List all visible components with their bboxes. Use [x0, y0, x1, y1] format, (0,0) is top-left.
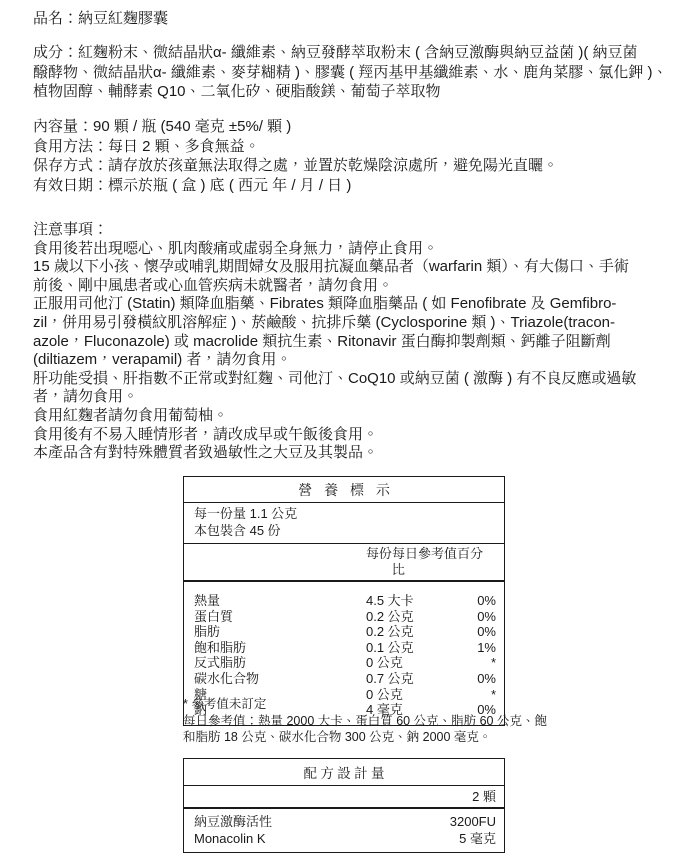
nutrition-row: 飽和脂肪 0.1 公克 1%	[194, 640, 496, 656]
nutrient-name: 脂肪	[194, 624, 366, 640]
nutrient-daily-value: 0%	[436, 593, 496, 609]
nutrient-name: 熱量	[194, 593, 366, 609]
expiry-line: 有效日期：標示於瓶 ( 盒 ) 底 ( 西元 年 / 月 / 日 )	[33, 176, 653, 196]
ingredients-line: 成分：紅麴粉末、微結晶狀α- 纖維素、納豆發酵萃取粉末 ( 含納豆激酶與納豆益菌…	[33, 43, 653, 63]
precaution-line: 食用紅麴者請勿食用葡萄柚。	[33, 407, 659, 426]
precaution-line: 食用後有不易入睡情形者，請改成早或午飯後食用。	[33, 426, 659, 445]
product-info-block: 內容量：90 顆 / 瓶 (540 毫克 ±5%/ 顆 ) 食用方法：每日 2 …	[33, 117, 653, 195]
precaution-line: 正服用司他汀 (Statin) 類降血脂藥、Fibrates 類降血脂藥品 ( …	[33, 295, 659, 314]
precaution-line: 15 歲以下小孩、懷孕或哺乳期間婦女及服用抗凝血藥品者（warfarin 類）、…	[33, 258, 659, 277]
precaution-line: 者，請勿食用。	[33, 388, 659, 407]
nutrient-name: 反式脂肪	[194, 655, 366, 671]
storage-line: 保存方式：請存放於孩童無法取得之處，並置於乾燥陰涼處所，避免陽光直曬。	[33, 156, 653, 176]
product-label-document: 品名：納豆紅麴膠囊 成分：紅麴粉末、微結晶狀α- 纖維素、納豆發酵萃取粉末 ( …	[0, 0, 680, 857]
precaution-line: 本產品含有對特殊體質者致過敏性之大豆及其製品。	[33, 444, 659, 463]
nutrient-amount: 0 公克	[366, 655, 436, 671]
nutrition-table-title: 營養標示	[184, 477, 504, 503]
formula-item-name: Monacolin K	[194, 830, 459, 847]
nutrient-name: 飽和脂肪	[194, 640, 366, 656]
formula-rows: 納豆激酶活性 3200FU Monacolin K 5 毫克	[184, 809, 504, 852]
formula-item-value: 3200FU	[450, 813, 496, 830]
nutrition-row: 碳水化合物 0.7 公克 0%	[194, 671, 496, 687]
formula-row: Monacolin K 5 毫克	[194, 830, 496, 847]
nutrient-amount: 0.7 公克	[366, 671, 436, 687]
precautions-block: 注意事項： 食用後若出現噁心、肌肉酸痛或虛弱全身無力，請停止食用。 15 歲以下…	[33, 221, 659, 463]
precaution-line: 食用後若出現噁心、肌肉酸痛或虛弱全身無力，請停止食用。	[33, 240, 659, 259]
formula-item-value: 5 毫克	[459, 830, 496, 847]
servings-per-pack: 本包裝含 45 份	[194, 523, 496, 540]
formula-dose: 2 顆	[184, 786, 504, 809]
usage-line: 食用方法：每日 2 顆、多食無益。	[33, 137, 653, 157]
footnote-line: 每日參考值：熱量 2000 大卡、蛋白質 60 公克、脂肪 60 公克、飽	[183, 713, 513, 730]
formula-table-title: 配方設計量	[184, 759, 504, 786]
nutrition-row: 脂肪 0.2 公克 0%	[194, 624, 496, 640]
ingredients-line: 植物固醇、輔酵素 Q10、二氧化矽、硬脂酸鎂、葡萄子萃取物	[33, 82, 653, 102]
nutrient-daily-value: 0%	[436, 609, 496, 625]
precaution-line: (diltiazem，verapamil) 者，請勿食用。	[33, 351, 659, 370]
footnote-line: * 參考值未訂定	[183, 696, 513, 713]
nutrient-daily-value: 0%	[436, 624, 496, 640]
precaution-line: azole，Fluconazole) 或 macrolide 類抗生素、Rito…	[33, 333, 659, 352]
nutrition-footnote: * 參考值未訂定 每日參考值：熱量 2000 大卡、蛋白質 60 公克、脂肪 6…	[183, 696, 513, 746]
precaution-line: 肝功能受損、肝指數不正常或對紅麴、司他汀、CoQ10 或納豆菌 ( 激酶 ) 有…	[33, 370, 659, 389]
formula-table: 配方設計量 2 顆 納豆激酶活性 3200FU Monacolin K 5 毫克	[183, 758, 505, 853]
nutrient-name: 蛋白質	[194, 609, 366, 625]
nutrition-serving-info: 每一份量 1.1 公克 本包裝含 45 份	[184, 503, 504, 544]
nutrient-amount: 0.1 公克	[366, 640, 436, 656]
formula-item-name: 納豆激酶活性	[194, 813, 450, 830]
nutrient-name: 碳水化合物	[194, 671, 366, 687]
nutrient-amount: 4.5 大卡	[366, 593, 436, 609]
nutrient-amount: 0.2 公克	[366, 609, 436, 625]
nutrition-table: 營養標示 每一份量 1.1 公克 本包裝含 45 份 每份 每日參考值百分比 熱…	[183, 476, 505, 726]
precaution-line: zil，併用易引發橫紋肌溶解症 )、菸鹼酸、抗排斥藥 (Cyclosporine…	[33, 314, 659, 333]
product-name: 品名：納豆紅麴膠囊	[33, 9, 168, 29]
ingredients-paragraph: 成分：紅麴粉末、微結晶狀α- 纖維素、納豆發酵萃取粉末 ( 含納豆激酶與納豆益菌…	[33, 43, 653, 102]
col-header-per-serving: 每份	[366, 546, 392, 578]
precautions-heading: 注意事項：	[33, 221, 659, 240]
nutrient-amount: 0.2 公克	[366, 624, 436, 640]
nutrition-column-headers: 每份 每日參考值百分比	[184, 544, 504, 582]
nutrient-daily-value: *	[436, 655, 496, 671]
precaution-line: 前後、剛中風患者或心血管疾病未就醫者，請勿食用。	[33, 277, 659, 296]
nutrient-daily-value: 0%	[436, 671, 496, 687]
nutrient-daily-value: 1%	[436, 640, 496, 656]
nutrition-row: 反式脂肪 0 公克 *	[194, 655, 496, 671]
net-content-line: 內容量：90 顆 / 瓶 (540 毫克 ±5%/ 顆 )	[33, 117, 653, 137]
serving-size: 每一份量 1.1 公克	[194, 506, 496, 523]
formula-row: 納豆激酶活性 3200FU	[194, 813, 496, 830]
nutrition-row: 熱量 4.5 大卡 0%	[194, 593, 496, 609]
ingredients-line: 醱酵物、微結晶狀α- 纖維素、麥芽糊精 )、膠囊 ( 羥丙基甲基纖維素、水、鹿角…	[33, 63, 653, 83]
nutrition-row: 蛋白質 0.2 公克 0%	[194, 609, 496, 625]
footnote-line: 和脂肪 18 公克、碳水化合物 300 公克、鈉 2000 毫克。	[183, 729, 513, 746]
col-header-daily-value: 每日參考值百分比	[392, 546, 496, 578]
